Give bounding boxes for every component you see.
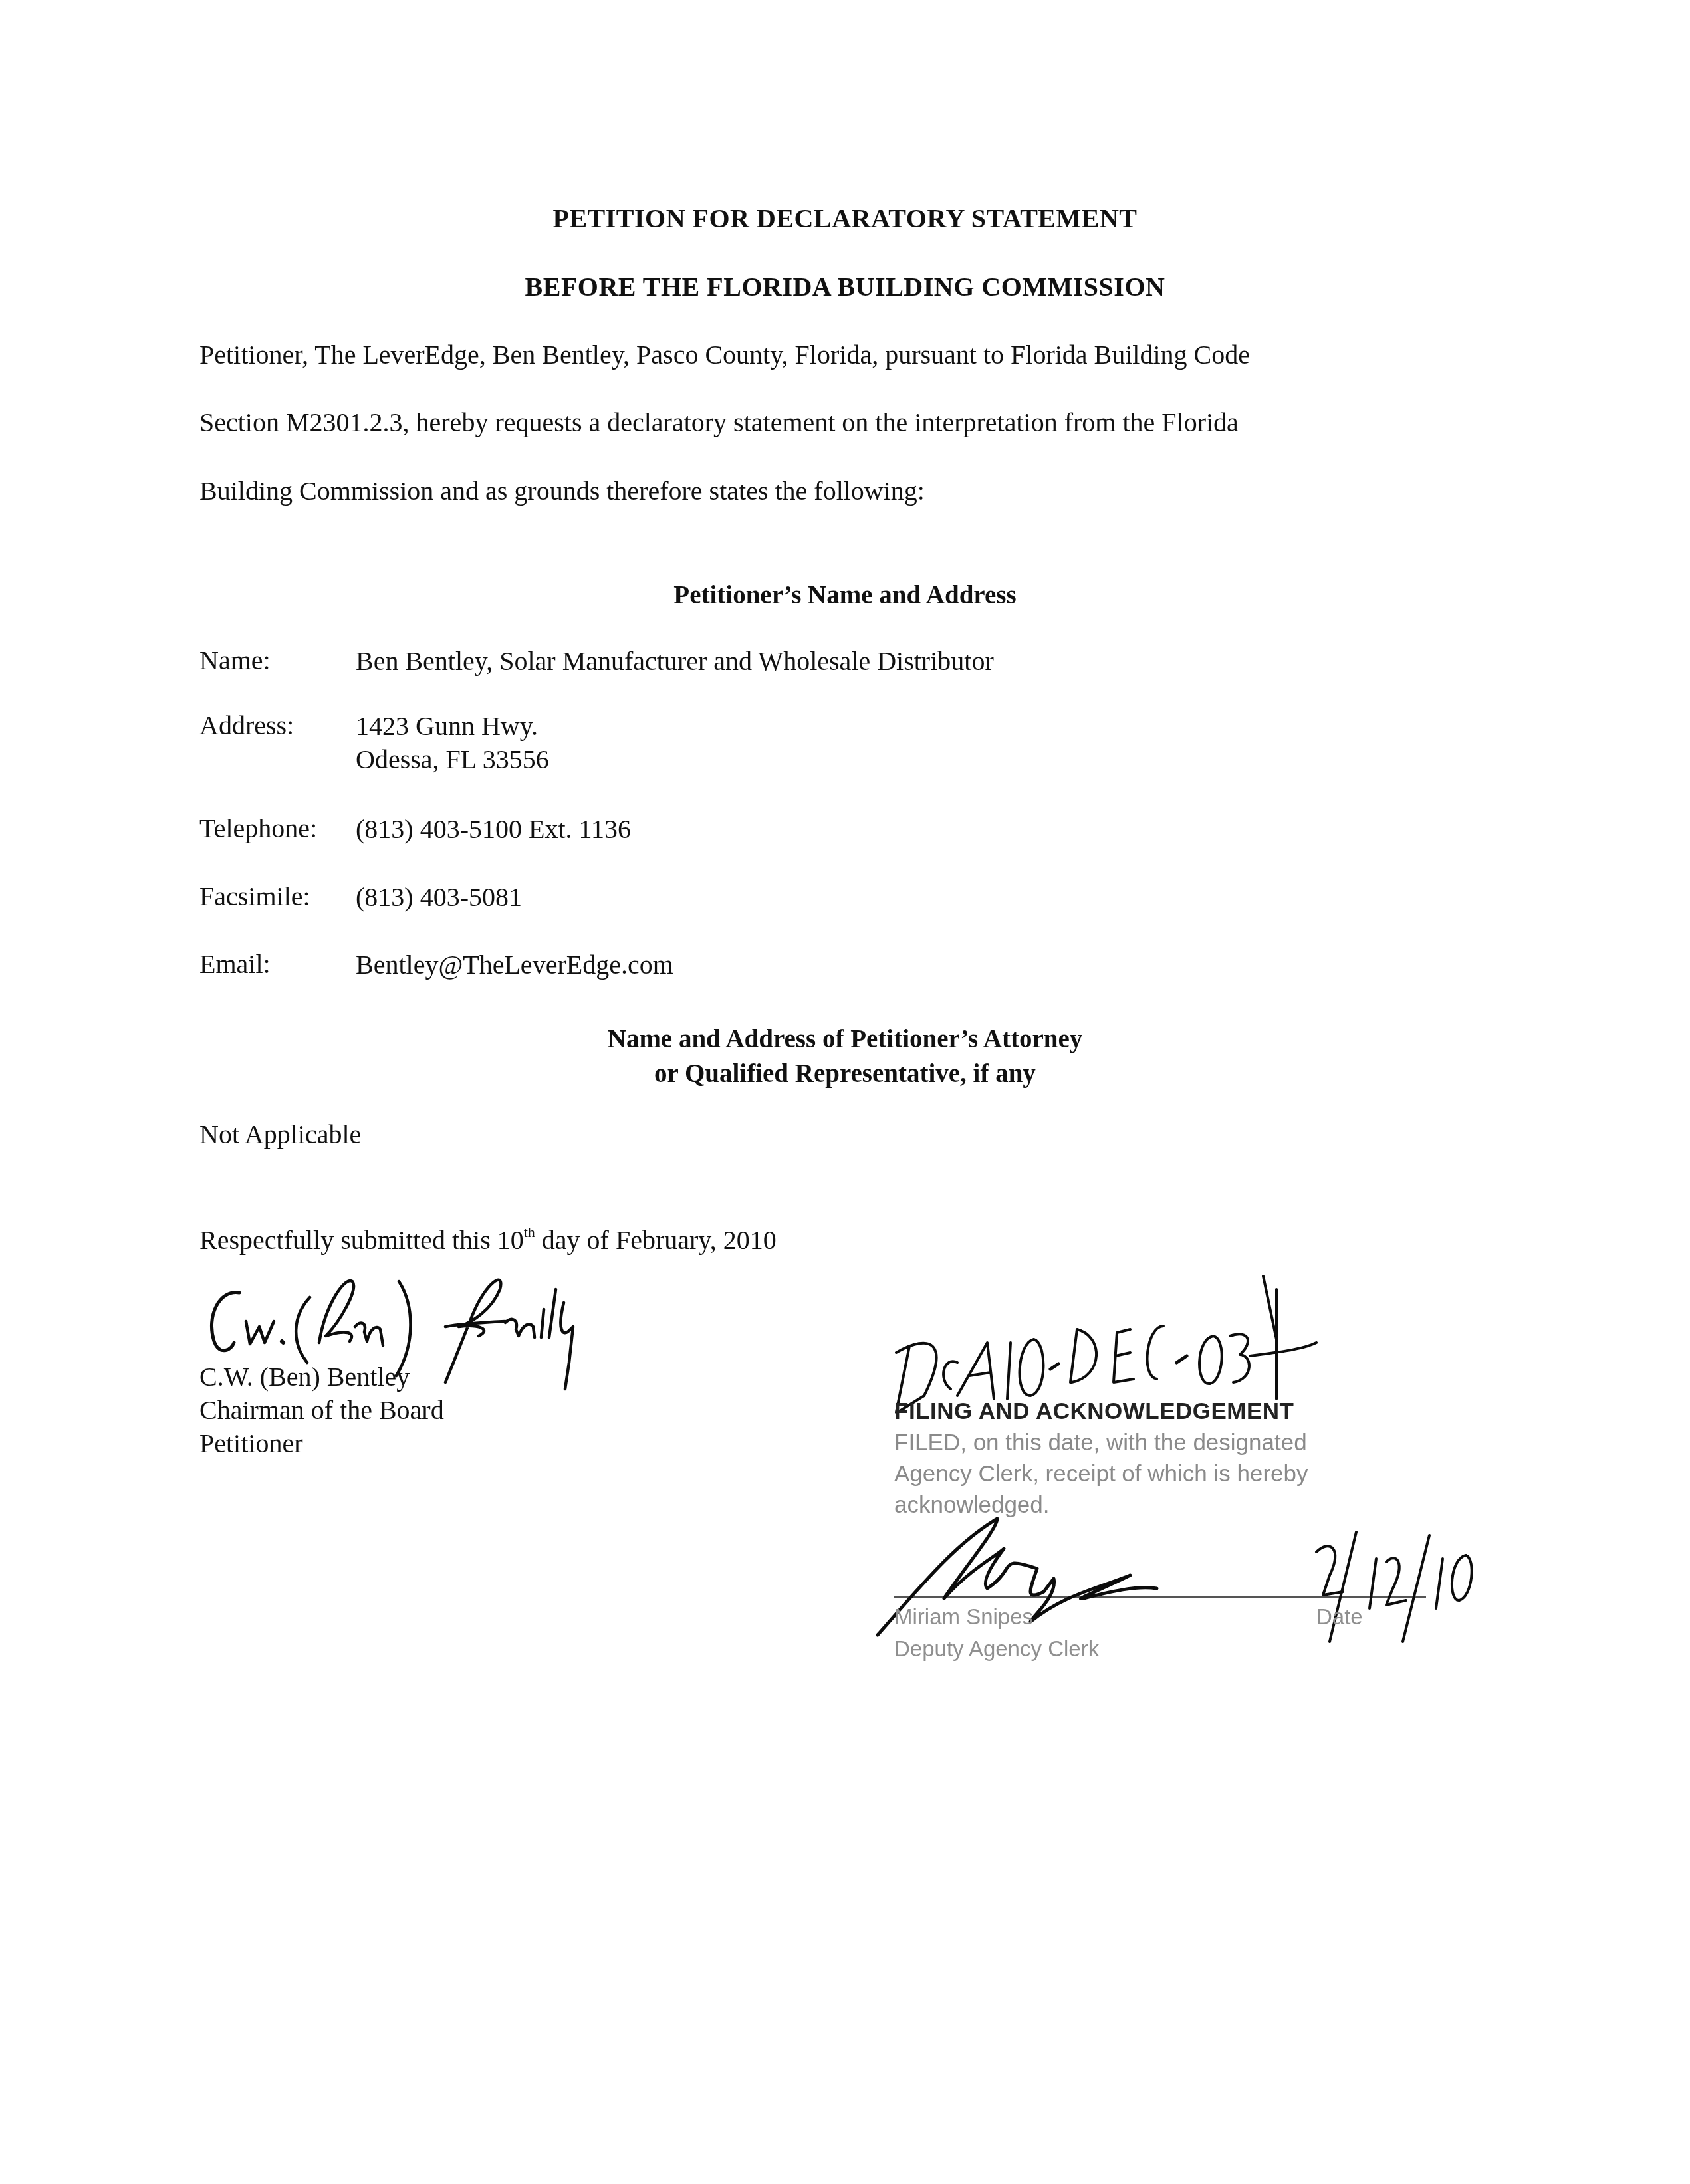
- signatory-title: Chairman of the Board: [199, 1394, 444, 1427]
- intro-line: Section M2301.2.3, hereby requests a dec…: [199, 407, 1239, 438]
- signatory-name: C.W. (Ben) Bentley: [199, 1361, 410, 1394]
- email-value: Bentley@TheLeverEdge.com: [356, 948, 673, 982]
- facsimile-label: Facsimile:: [199, 881, 310, 912]
- attorney-section-subheading: or Qualified Representative, if any: [0, 1057, 1690, 1091]
- clerk-name: Miriam Snipes: [894, 1604, 1033, 1630]
- stamp-text-line: FILED, on this date, with the designated: [894, 1427, 1307, 1458]
- date-label: Date: [1316, 1604, 1363, 1630]
- address-line-1: 1423 Gunn Hwy.: [356, 710, 538, 743]
- submission-prefix: Respectfully submitted this 10: [199, 1225, 524, 1255]
- petitioner-section-heading: Petitioner’s Name and Address: [0, 578, 1690, 613]
- stamp-heading: FILING AND ACKNOWLEDGEMENT: [894, 1396, 1294, 1427]
- stamp-text-line: Agency Clerk, receipt of which is hereby: [894, 1458, 1308, 1489]
- email-label: Email:: [199, 948, 271, 980]
- signatory-role: Petitioner: [199, 1427, 303, 1460]
- telephone-label: Telephone:: [199, 813, 317, 844]
- case-number-handwriting-icon: [878, 1263, 1463, 1416]
- intro-line: Petitioner, The LeverEdge, Ben Bentley, …: [199, 339, 1250, 370]
- facsimile-value: (813) 403-5081: [356, 881, 522, 914]
- name-value: Ben Bentley, Solar Manufacturer and Whol…: [356, 645, 994, 678]
- clerk-title: Deputy Agency Clerk: [894, 1636, 1099, 1662]
- attorney-value: Not Applicable: [199, 1119, 361, 1150]
- attorney-section-heading: Name and Address of Petitioner’s Attorne…: [0, 1022, 1690, 1057]
- document-subtitle: BEFORE THE FLORIDA BUILDING COMMISSION: [0, 271, 1690, 302]
- address-line-2: Odessa, FL 33556: [356, 743, 549, 776]
- submission-suffix: day of February, 2010: [535, 1225, 777, 1255]
- name-label: Name:: [199, 645, 271, 676]
- submission-statement: Respectfully submitted this 10th day of …: [199, 1224, 777, 1256]
- telephone-value: (813) 403-5100 Ext. 1136: [356, 813, 631, 846]
- document-page: PETITION FOR DECLARATORY STATEMENT BEFOR…: [0, 0, 1690, 2184]
- address-label: Address:: [199, 710, 294, 741]
- document-title: PETITION FOR DECLARATORY STATEMENT: [0, 203, 1690, 234]
- intro-line: Building Commission and as grounds there…: [199, 475, 925, 506]
- ordinal-suffix: th: [524, 1224, 535, 1240]
